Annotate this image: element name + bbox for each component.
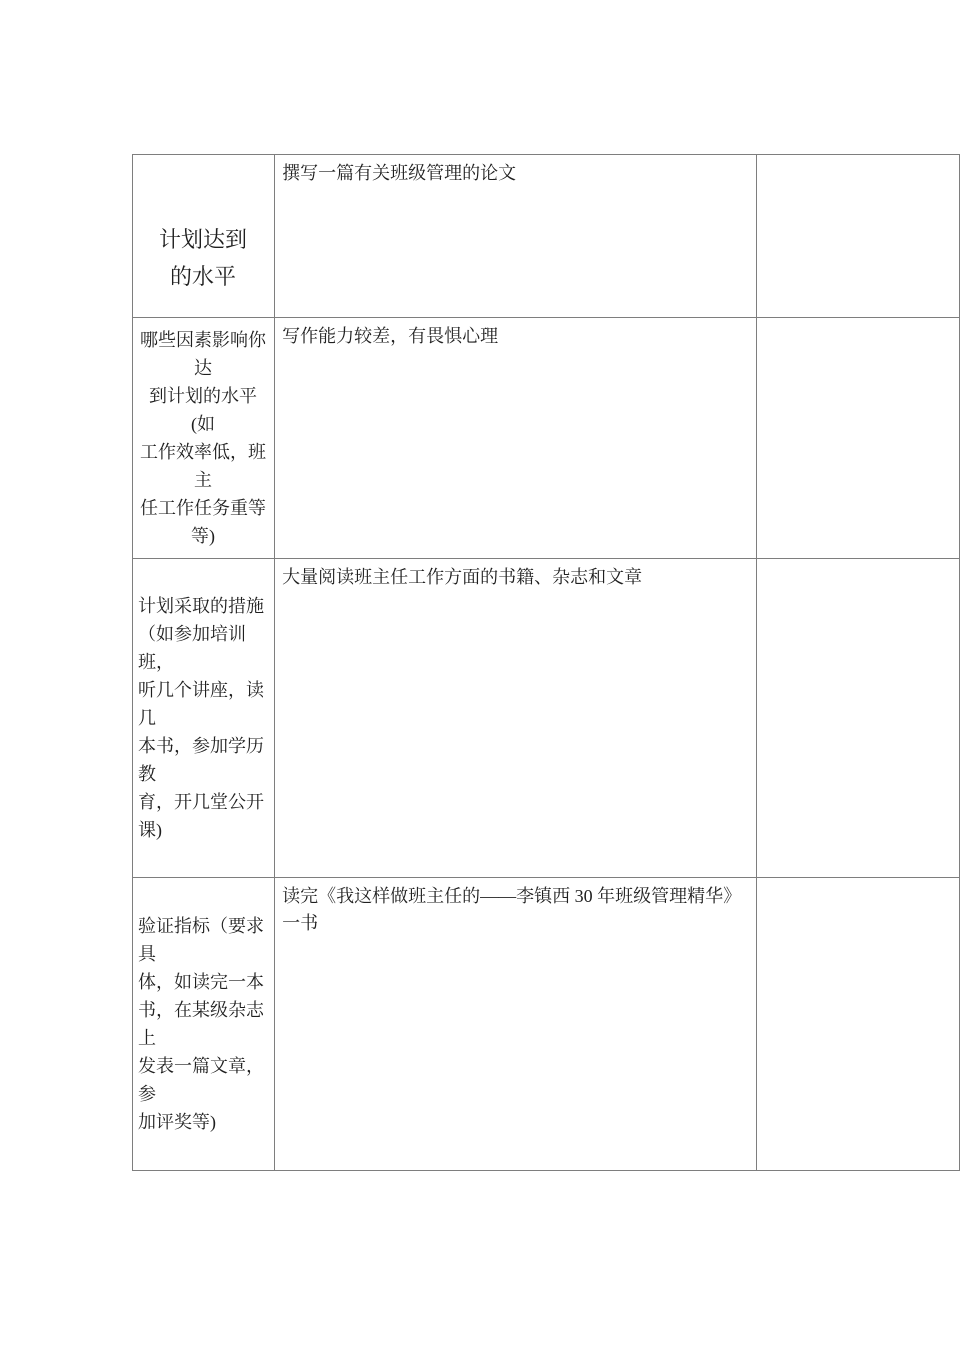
- cell-measures-extra: [757, 559, 960, 878]
- cell-indicators-content: 读完《我这样做班主任的——李镇西 30 年班级管理精华》一书: [275, 878, 757, 1171]
- table-row-influencing-factors: 哪些因素影响你达 到计划的水平(如 工作效率低，班主 任工作任务重等 等) 写作…: [133, 318, 960, 559]
- cell-measures-label: 计划采取的措施 （如参加培训班， 听几个讲座，读几 本书，参加学历教 育，开几堂…: [133, 559, 275, 878]
- cell-indicators-label: 验证指标（要求具 体，如读完一本 书，在某级杂志上 发表一篇文章，参 加评奖等): [133, 878, 275, 1171]
- cell-measures-content: 大量阅读班主任工作方面的书籍、杂志和文章: [275, 559, 757, 878]
- cell-plan-level-content: 撰写一篇有关班级管理的论文: [275, 155, 757, 318]
- cell-indicators-extra: [757, 878, 960, 1171]
- cell-factors-extra: [757, 318, 960, 559]
- table-row-plan-level: 计划达到 的水平 撰写一篇有关班级管理的论文: [133, 155, 960, 318]
- cell-plan-level-extra: [757, 155, 960, 318]
- table-row-verification-indicators: 验证指标（要求具 体，如读完一本 书，在某级杂志上 发表一篇文章，参 加评奖等)…: [133, 878, 960, 1171]
- cell-factors-content: 写作能力较差，有畏惧心理: [275, 318, 757, 559]
- cell-factors-label: 哪些因素影响你达 到计划的水平(如 工作效率低，班主 任工作任务重等 等): [133, 318, 275, 559]
- cell-plan-level-label: 计划达到 的水平: [133, 155, 275, 318]
- plan-table: 计划达到 的水平 撰写一篇有关班级管理的论文 哪些因素影响你达 到计划的水平(如…: [132, 154, 960, 1171]
- table-row-planned-measures: 计划采取的措施 （如参加培训班， 听几个讲座，读几 本书，参加学历教 育，开几堂…: [133, 559, 960, 878]
